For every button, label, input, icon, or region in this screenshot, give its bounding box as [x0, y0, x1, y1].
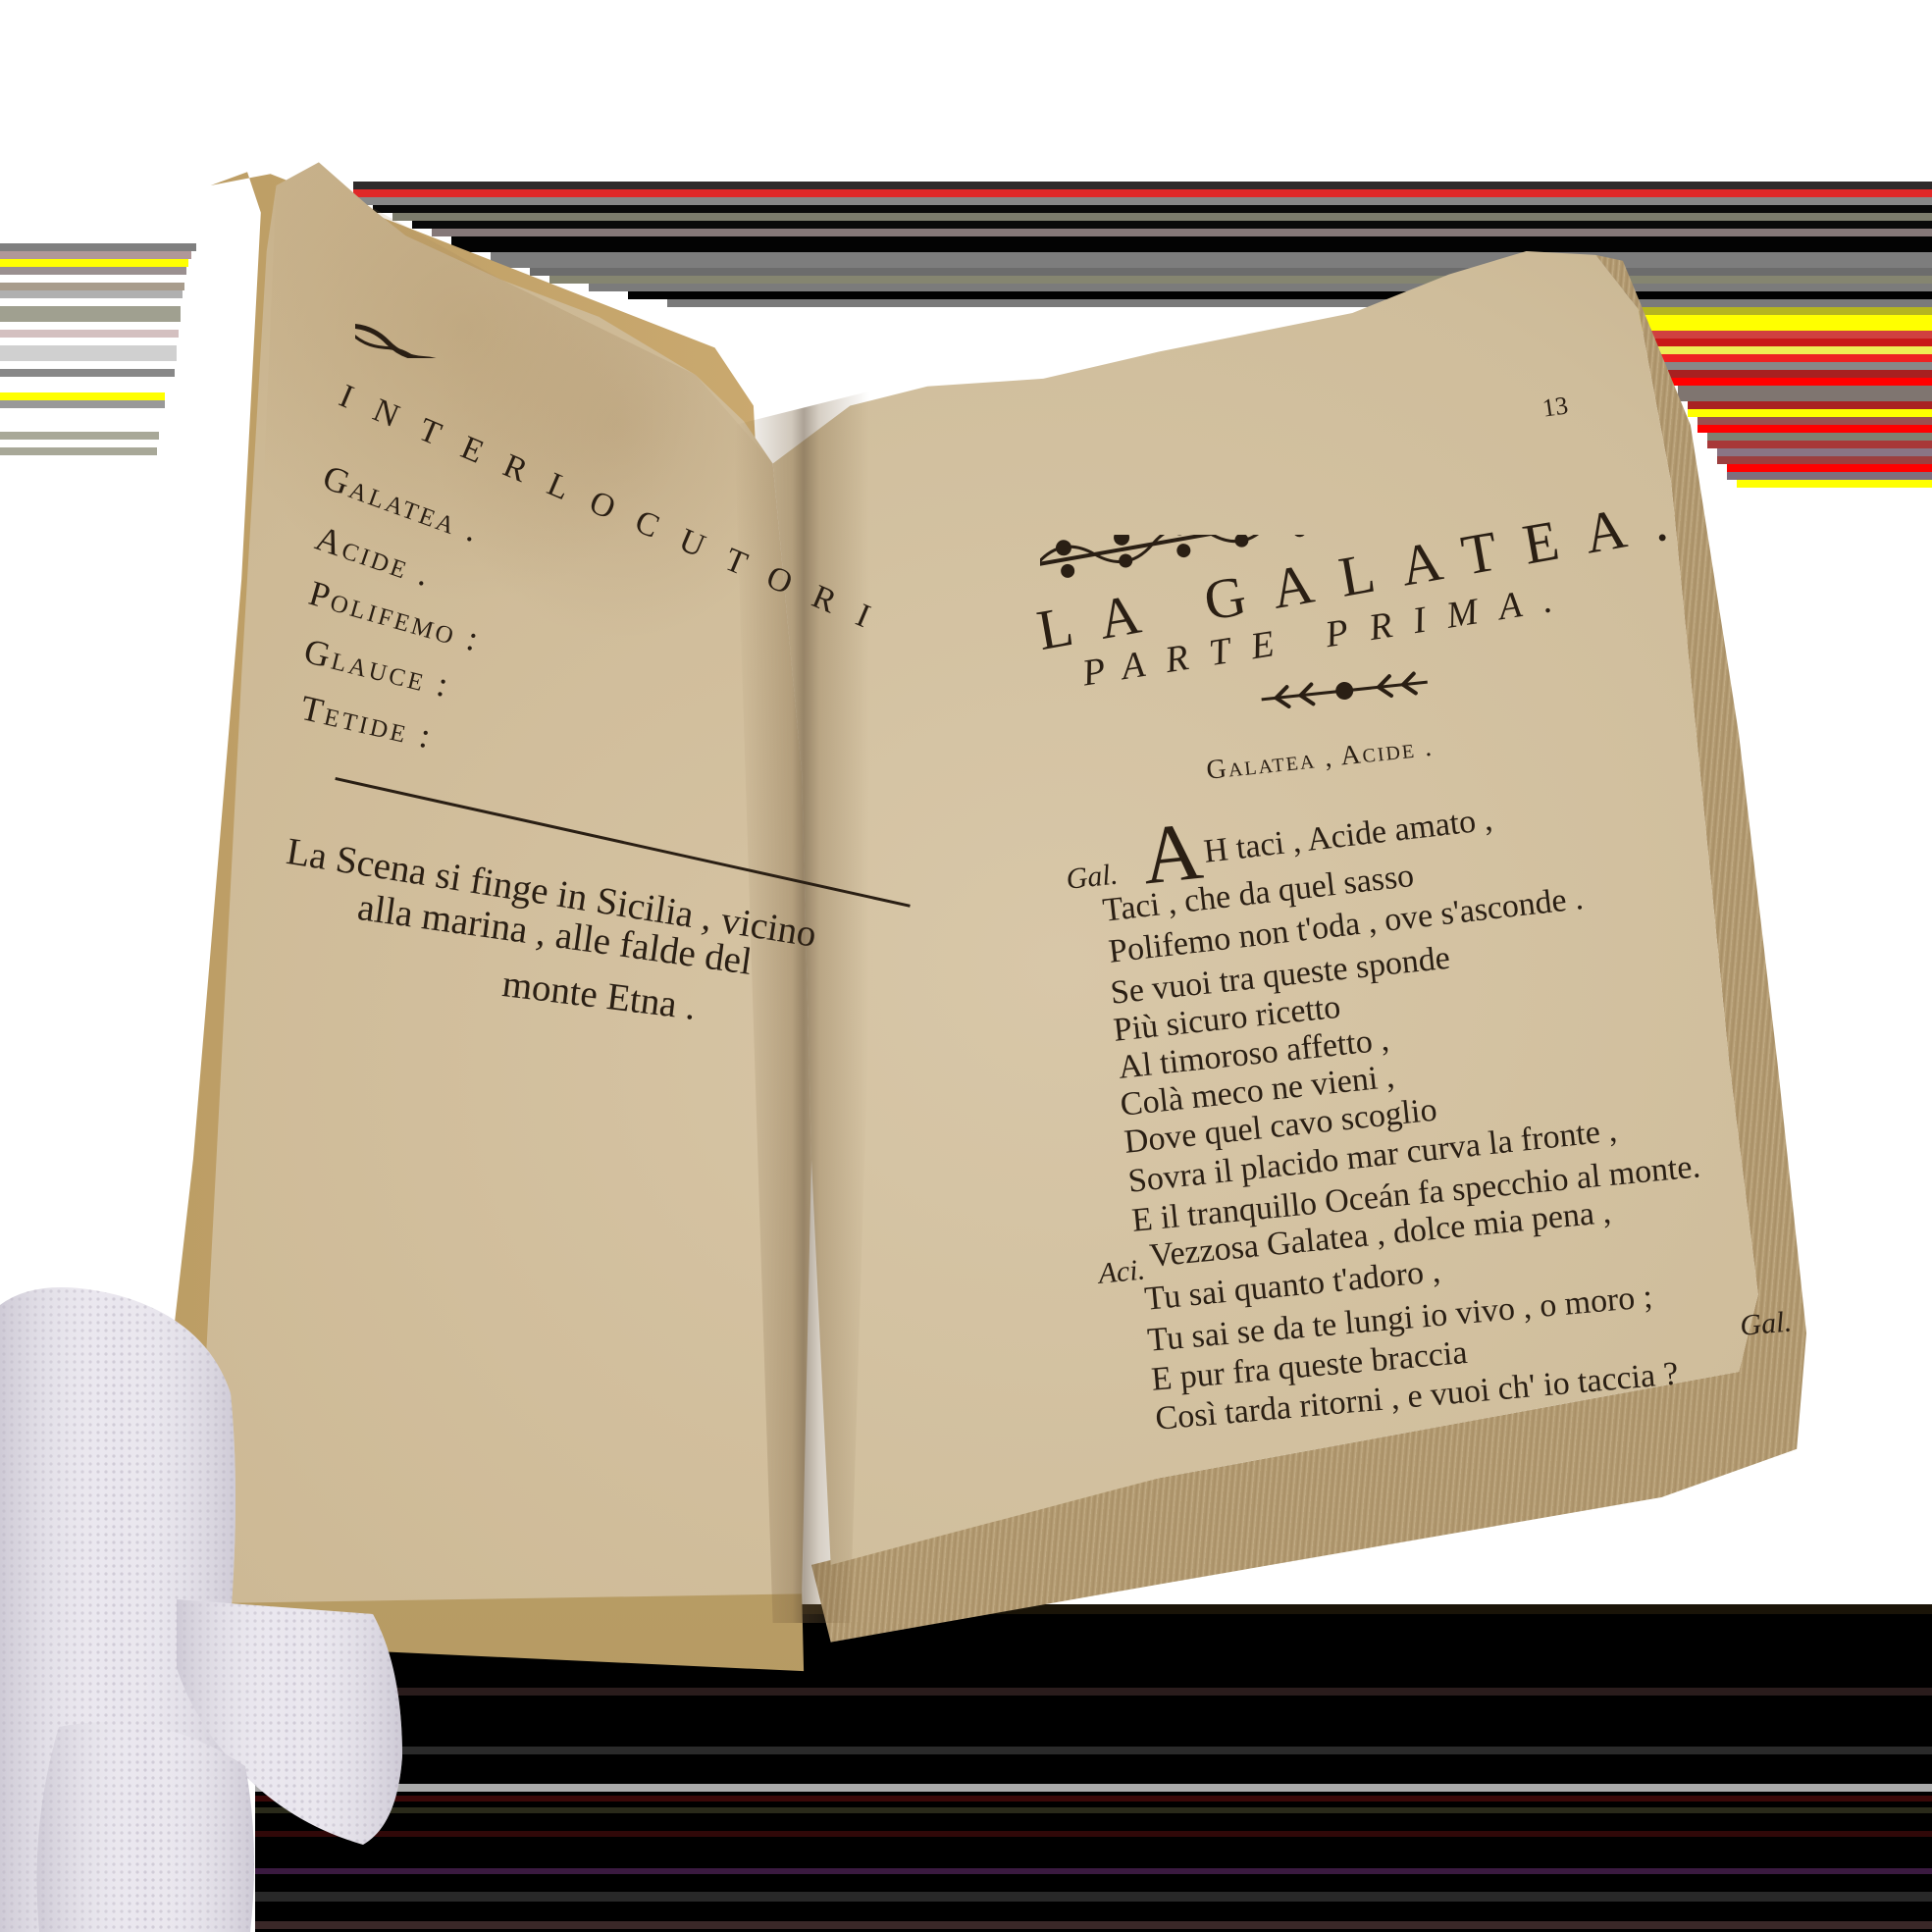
- white-glove-hand: [0, 0, 1932, 1932]
- book-photo: INTERLOCUTORI Galatea . Acide . Polifemo…: [0, 0, 1932, 1932]
- glove-lower-finger: [37, 1722, 255, 1932]
